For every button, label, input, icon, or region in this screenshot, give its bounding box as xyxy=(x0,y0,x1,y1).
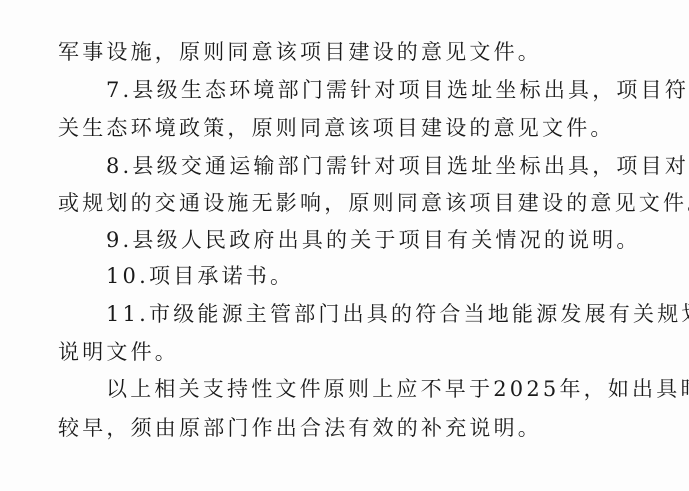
list-item-7: 7.县级生态环境部门需针对项目选址坐标出具，项目符合有 xyxy=(106,78,689,102)
list-item-10: 10.项目承诺书。 xyxy=(106,264,689,288)
list-item-8: 8.县级交通运输部门需针对项目选址坐标出具，项目对在运 xyxy=(106,154,689,178)
text-line: 较早，须由原部门作出合法有效的补充说明。 xyxy=(58,416,648,440)
document-page: 军事设施，原则同意该项目建设的意见文件。 7.县级生态环境部门需针对项目选址坐标… xyxy=(0,0,689,491)
list-item-11: 11.市级能源主管部门出具的符合当地能源发展有关规划的 xyxy=(106,302,689,326)
text-line: 关生态环境政策，原则同意该项目建设的意见文件。 xyxy=(58,116,648,140)
text-line: 说明文件。 xyxy=(58,340,648,364)
closing-paragraph: 以上相关支持性文件原则上应不早于2025年，如出具时间 xyxy=(106,377,689,401)
text-line: 军事设施，原则同意该项目建设的意见文件。 xyxy=(58,40,648,64)
text-line: 或规划的交通设施无影响，原则同意该项目建设的意见文件。 xyxy=(58,191,648,215)
list-item-9: 9.县级人民政府出具的关于项目有关情况的说明。 xyxy=(106,228,689,252)
